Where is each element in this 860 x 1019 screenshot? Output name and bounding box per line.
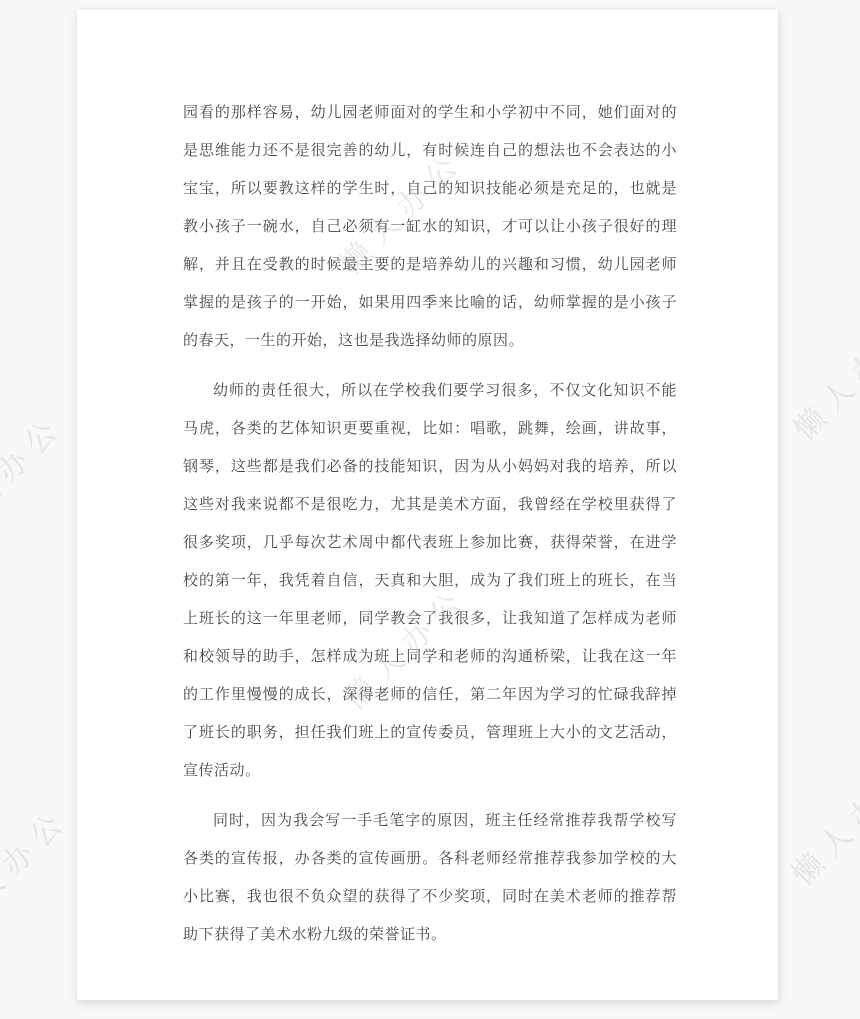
- paragraph-1: 园看的那样容易，幼儿园老师面对的学生和小学初中不同，她们面对的是思维能力还不是很…: [183, 94, 677, 360]
- paragraph-3: 同时，因为我会写一手毛笔字的原因，班主任经常推荐我帮学校写各类的宣传报，办各类的…: [183, 802, 677, 954]
- watermark-text: 懒人办公: [0, 796, 77, 940]
- watermark-text: 懒人办公: [0, 403, 72, 547]
- document-page: 园看的那样容易，幼儿园老师面对的学生和小学初中不同，她们面对的是思维能力还不是很…: [77, 10, 778, 1000]
- paragraph-2: 幼师的责任很大，所以在学校我们要学习很多，不仅文化知识不能马虎，各类的艺体知识更…: [183, 372, 677, 790]
- watermark-text: 懒人办公: [782, 304, 860, 448]
- watermark-text: 懒人办公: [780, 749, 860, 893]
- page-content: 园看的那样容易，幼儿园老师面对的学生和小学初中不同，她们面对的是思维能力还不是很…: [183, 94, 677, 966]
- document-viewer: 园看的那样容易，幼儿园老师面对的学生和小学初中不同，她们面对的是思维能力还不是很…: [0, 0, 860, 1019]
